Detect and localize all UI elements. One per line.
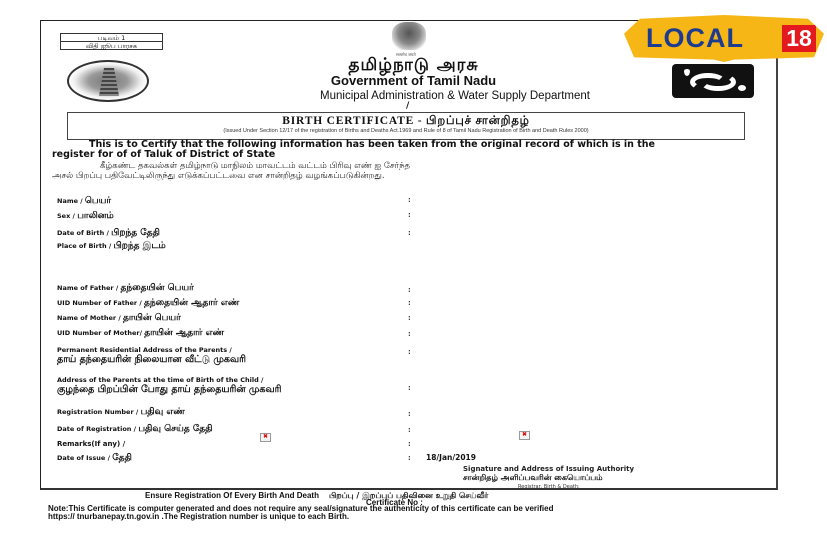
field-label: Address of the Parents at the time of Bi… — [57, 376, 337, 395]
form-number-box: படிவம் 1 விதி ஐூப பாரசக — [60, 33, 163, 50]
form-number: படிவம் 1 — [61, 34, 162, 42]
field-separator: : — [408, 348, 411, 356]
field-label: Date of Registration / பதிவு செய்த தேதி — [57, 424, 212, 435]
field-separator: : — [408, 384, 411, 392]
signature-label: Signature and Address of Issuing Authori… — [463, 465, 634, 473]
department-name: Municipal Administration & Water Supply … — [215, 90, 695, 102]
department-slash: / — [406, 101, 409, 111]
field-separator: : — [408, 229, 411, 237]
field-label: Date of Issue / தேதி — [57, 453, 132, 464]
field-separator: : — [408, 410, 411, 418]
field-label: Name / பெயர் — [57, 196, 111, 207]
field-separator: : — [408, 426, 411, 434]
field-label: Registration Number / பதிவு எண் — [57, 407, 185, 418]
field-separator: : — [408, 314, 411, 322]
field-separator: : — [408, 299, 411, 307]
certificate-legal-basis: (Issued Under Section 12/17 of the regis… — [68, 128, 744, 134]
local18-watermark-logo: LOCAL 18 — [624, 15, 824, 62]
field-label: Sex / பாலினம் — [57, 211, 114, 222]
signature-label-tamil: சான்றிதழ் அளிப்பவரின் கையொப்பம் — [463, 473, 603, 483]
field-separator: : — [408, 330, 411, 338]
water-supply-logo-icon — [672, 64, 754, 98]
field-separator: : — [408, 211, 411, 219]
local18-number-badge: 18 — [782, 25, 816, 52]
registration-reminder: Ensure Registration Of Every Birth And D… — [145, 491, 488, 501]
verification-note: Note:This Certificate is computer genera… — [48, 505, 778, 521]
field-label: Place of Birth / பிறந்த இடம் — [57, 241, 166, 252]
field-label: Remarks(If any) / — [57, 439, 125, 449]
field-separator: : — [408, 440, 411, 448]
field-value: 18/Jan/2019 — [426, 453, 476, 462]
field-separator: : — [408, 196, 411, 204]
field-separator: : — [408, 454, 411, 462]
broken-image-icon — [260, 433, 271, 442]
certificate-title-box: BIRTH CERTIFICATE - பிறப்புச் சான்றிதழ் … — [67, 112, 745, 140]
field-label: Name of Father / தந்தையின் பெயர் — [57, 283, 194, 294]
certification-statement: This is to Certify that the following in… — [52, 140, 752, 160]
india-emblem-icon — [392, 22, 426, 50]
tamil-certification-statement: கீழ்கண்ட தகவல்கள் தமிழ்நாடு மாநிலம் மாவட… — [52, 161, 752, 181]
field-separator: : — [408, 286, 411, 294]
form-rule: விதி ஐூப பாரசக — [61, 42, 162, 50]
field-label: Name of Mother / தாயின் பெயர் — [57, 313, 181, 324]
field-label: Permanent Residential Address of the Par… — [57, 346, 246, 365]
field-label: UID Number of Mother/ தாயின் ஆதார் எண் — [57, 328, 224, 339]
field-label: Date of Birth / பிறந்த தேதி — [57, 228, 160, 239]
certificate-title: BIRTH CERTIFICATE - பிறப்புச் சான்றிதழ் — [68, 115, 744, 129]
local18-brand-text: LOCAL — [646, 23, 744, 53]
field-label: UID Number of Father / தந்தையின் ஆதார் எ… — [57, 298, 239, 309]
broken-image-icon — [519, 431, 530, 440]
registrar-label: Registrar, Birth & Death: — [518, 484, 580, 490]
